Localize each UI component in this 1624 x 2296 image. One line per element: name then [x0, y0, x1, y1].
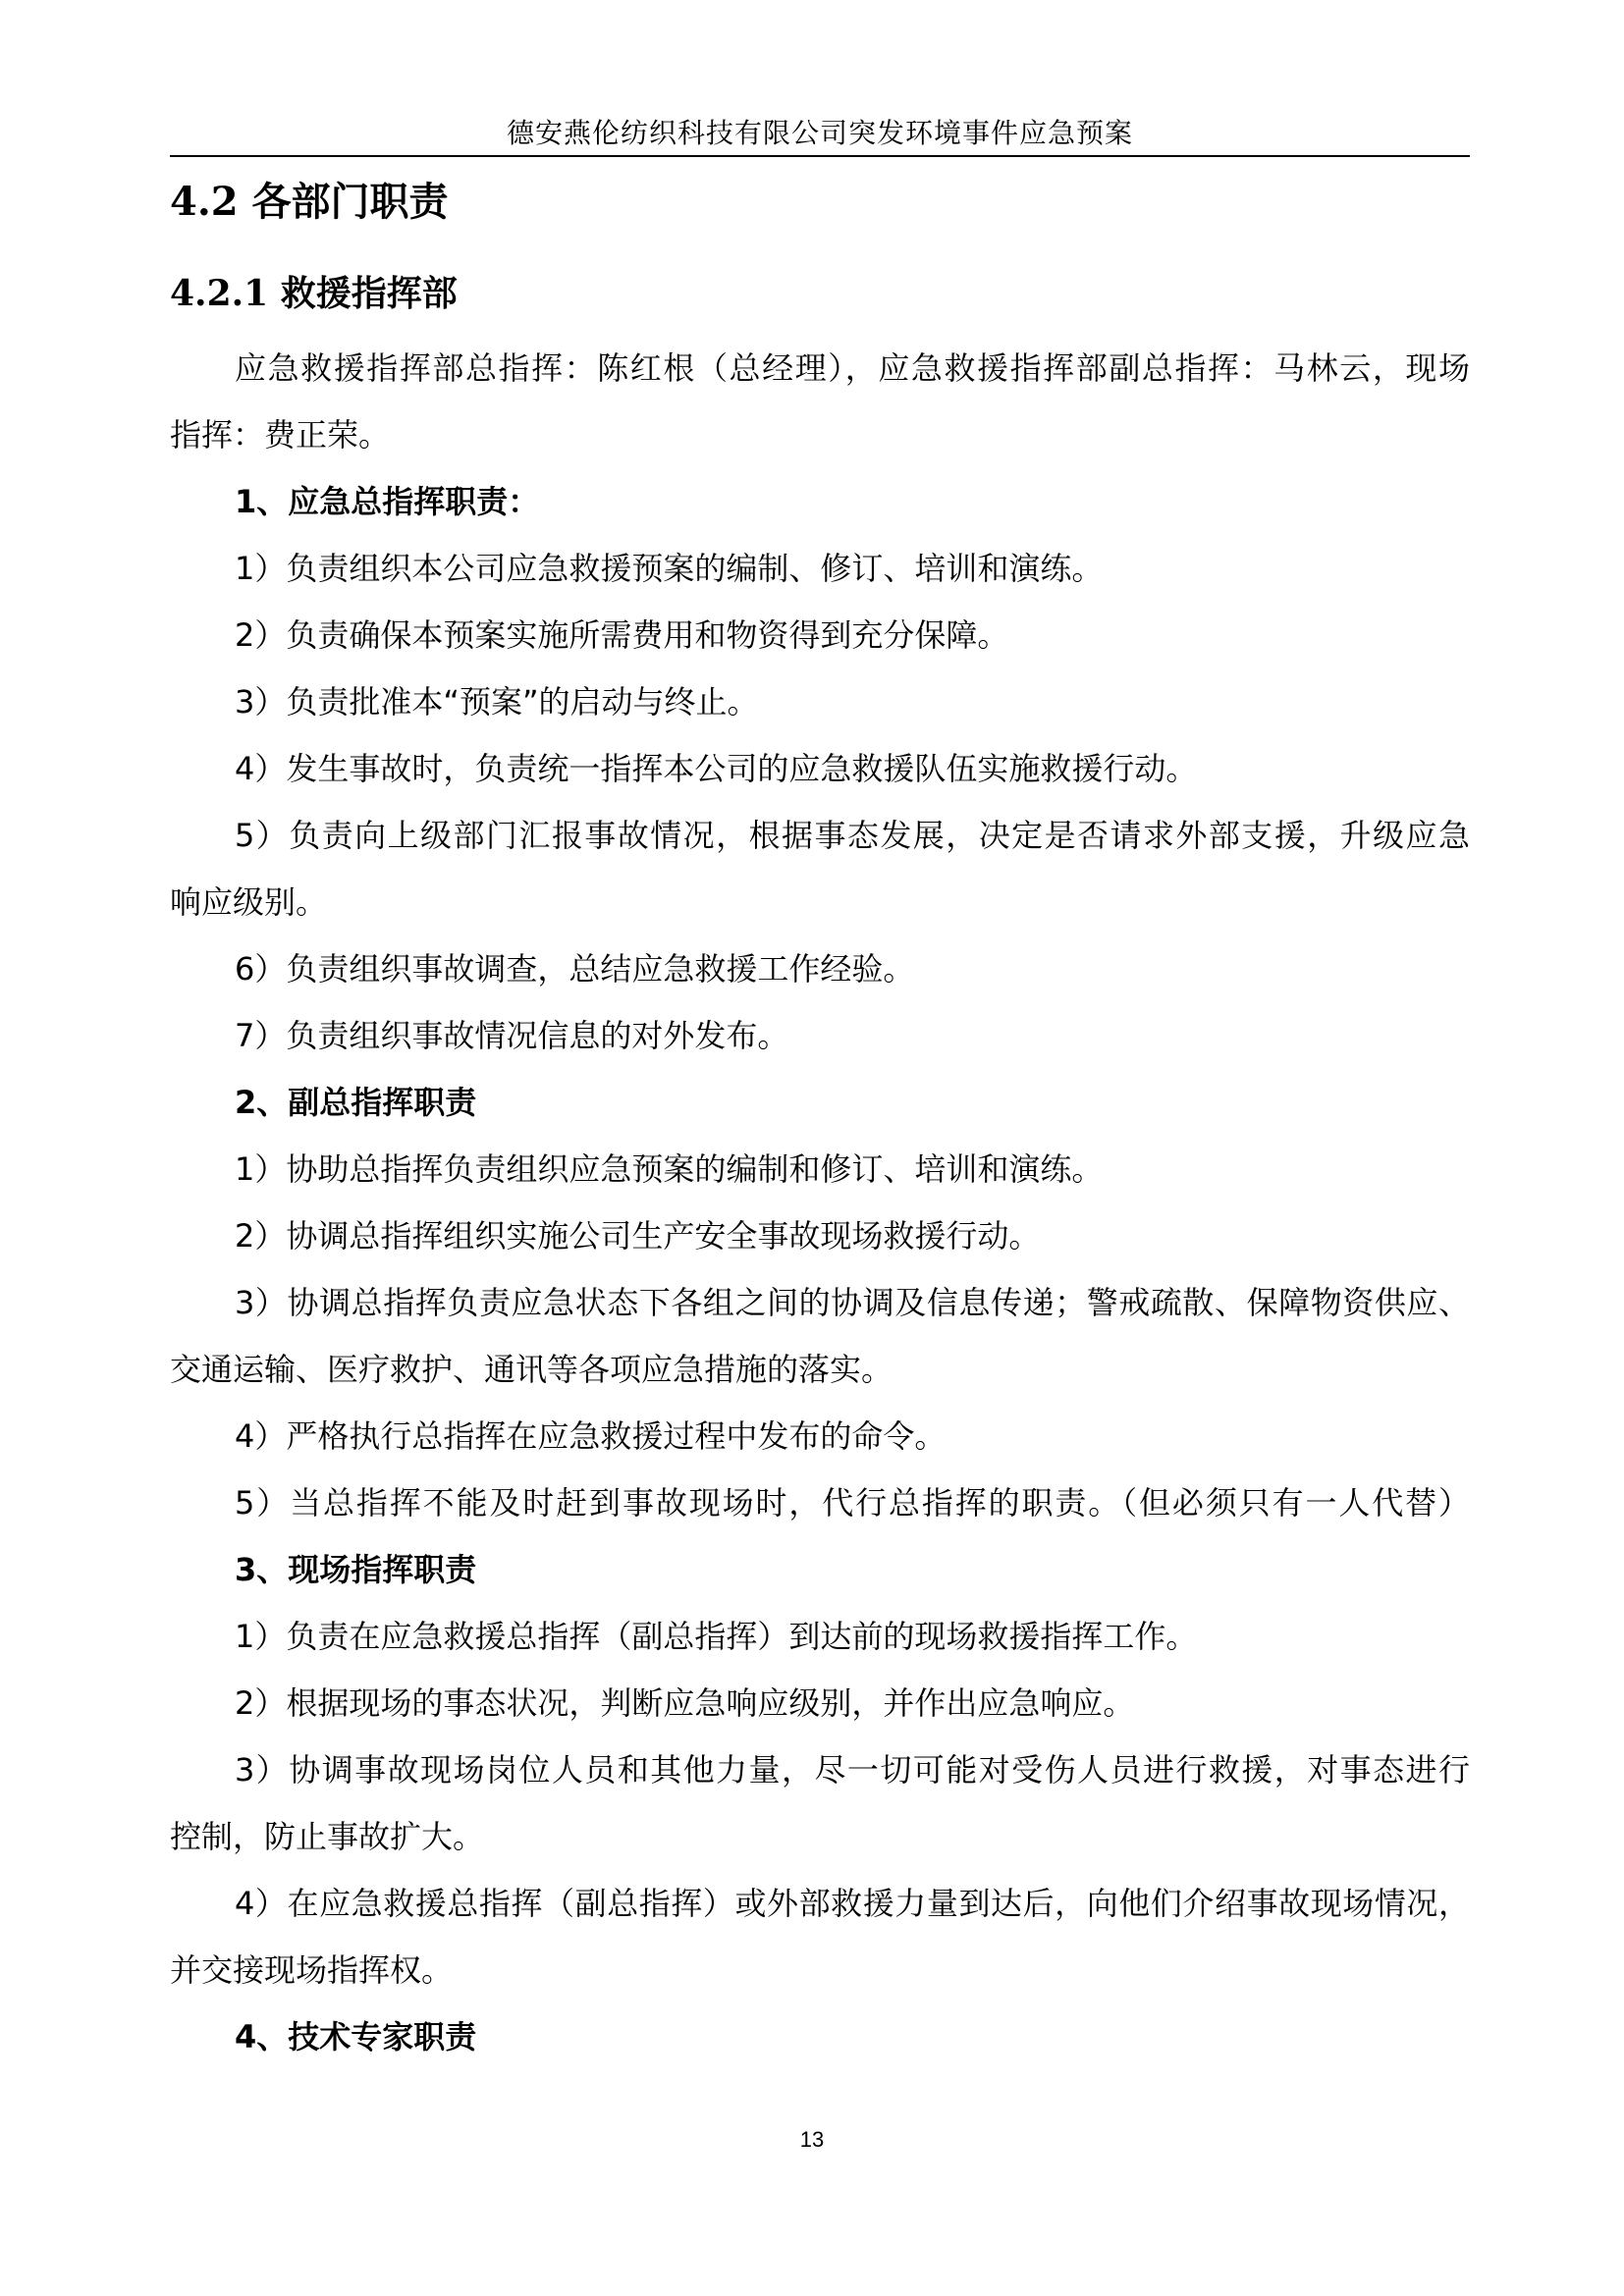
- page-number: 13: [0, 2122, 1624, 2158]
- section-heading: 4.2 各部门职责: [170, 177, 449, 228]
- body-text: 应急救援指挥部总指挥：陈红根（总经理），应急救援指挥部副总指挥：马林云，现场 指…: [170, 335, 1470, 2070]
- list-heading: 2、副总指挥职责: [170, 1069, 1470, 1136]
- list-item-continuation: 交通运输、医疗救护、通讯等各项应急措施的落实。: [170, 1336, 1470, 1403]
- list-item: 4）在应急救援总指挥（副总指挥）或外部救援力量到达后，向他们介绍事故现场情况，: [170, 1870, 1470, 1937]
- list-item: 3）协调事故现场岗位人员和其他力量，尽一切可能对受伤人员进行救援，对事态进行: [170, 1736, 1470, 1803]
- list-item: 1）负责在应急救援总指挥（副总指挥）到达前的现场救援指挥工作。: [170, 1603, 1470, 1670]
- list-item: 6）负责组织事故调查，总结应急救援工作经验。: [170, 935, 1470, 1002]
- list-item: 5）当总指挥不能及时赶到事故现场时，代行总指挥的职责。（但必须只有一人代替）: [170, 1469, 1470, 1536]
- list-item: 3）协调总指挥负责应急状态下各组之间的协调及信息传递；警戒疏散、保障物资供应、: [170, 1269, 1470, 1336]
- list-heading: 4、技术专家职责: [170, 2003, 1470, 2070]
- list-item-continuation: 并交接现场指挥权。: [170, 1937, 1470, 2003]
- list-heading: 1、应急总指挥职责：: [170, 468, 1470, 535]
- list-heading: 3、现场指挥职责: [170, 1536, 1470, 1603]
- list-item: 2）协调总指挥组织实施公司生产安全事故现场救援行动。: [170, 1202, 1470, 1269]
- list-item: 2）负责确保本预案实施所需费用和物资得到充分保障。: [170, 602, 1470, 668]
- list-item: 1）协助总指挥负责组织应急预案的编制和修订、培训和演练。: [170, 1136, 1470, 1202]
- list-item-continuation: 响应级别。: [170, 869, 1470, 935]
- paragraph-line: 应急救援指挥部总指挥：陈红根（总经理），应急救援指挥部副总指挥：马林云，现场: [170, 335, 1470, 401]
- header-divider: [170, 155, 1470, 157]
- list-item: 4）发生事故时，负责统一指挥本公司的应急救援队伍实施救援行动。: [170, 735, 1470, 802]
- list-item: 3）负责批准本“预案”的启动与终止。: [170, 668, 1470, 735]
- list-item: 7）负责组织事故情况信息的对外发布。: [170, 1002, 1470, 1069]
- list-item-continuation: 控制，防止事故扩大。: [170, 1803, 1470, 1870]
- paragraph-line: 指挥：费正荣。: [170, 401, 1470, 468]
- list-item: 2）根据现场的事态状况，判断应急响应级别，并作出应急响应。: [170, 1670, 1470, 1736]
- list-item: 5）负责向上级部门汇报事故情况，根据事态发展，决定是否请求外部支援，升级应急: [170, 802, 1470, 869]
- running-header: 德安燕伦纺织科技有限公司突发环境事件应急预案: [170, 114, 1470, 153]
- subsection-heading: 4.2.1 救援指挥部: [170, 270, 458, 317]
- list-item: 4）严格执行总指挥在应急救援过程中发布的命令。: [170, 1403, 1470, 1469]
- list-item: 1）负责组织本公司应急救援预案的编制、修订、培训和演练。: [170, 535, 1470, 602]
